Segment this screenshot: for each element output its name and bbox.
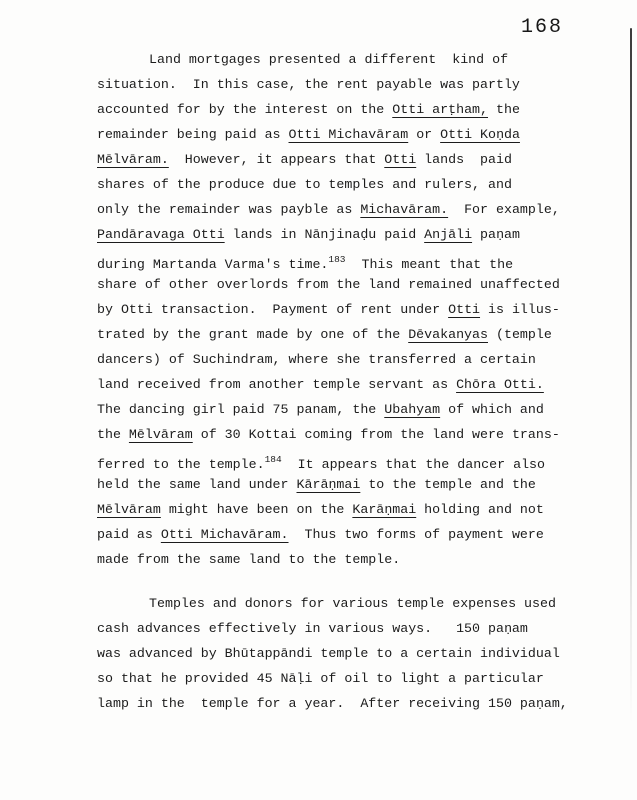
underlined-term: Mēlvāram. — [97, 152, 169, 167]
text-line: Land mortgages presented a different kin… — [97, 47, 577, 72]
text-segment: remainder being paid as — [97, 127, 289, 142]
text-segment: by Otti transaction. Payment of rent und… — [97, 302, 448, 317]
text-segment: the — [97, 427, 129, 442]
underlined-term: Mēlvāram — [129, 427, 193, 442]
text-segment: holding and not — [416, 502, 544, 517]
text-line: Pandāravaga Otti lands in Nānjinaḍu paid… — [97, 222, 577, 247]
text-line: so that he provided 45 Nāḷi of oil to li… — [97, 666, 577, 691]
text-line: held the same land under Kārāṇmai to the… — [97, 472, 577, 497]
text-segment: might have been on the — [161, 502, 353, 517]
underlined-term: Otti arṭham, — [392, 102, 488, 117]
text-segment: during Martanda Varma's time. — [97, 257, 328, 272]
text-line: situation. In this case, the rent payabl… — [97, 72, 577, 97]
text-segment: Temples and donors for various temple ex… — [149, 596, 556, 611]
text-segment: share of other overlords from the land r… — [97, 277, 560, 292]
text-segment: was advanced by Bhūtappāndi temple to a … — [97, 646, 560, 661]
text-line: Mēlvāram. However, it appears that Otti … — [97, 147, 577, 172]
text-segment: accounted for by the interest on the — [97, 102, 392, 117]
text-line: shares of the produce due to temples and… — [97, 172, 577, 197]
underlined-term: Otti Michavāram. — [161, 527, 289, 542]
text-segment: Land mortgages presented a different kin… — [149, 52, 508, 67]
underlined-term: Mēlvāram — [97, 502, 161, 517]
underlined-term: Ubahyam — [384, 402, 440, 417]
text-segment: to the temple and the — [360, 477, 536, 492]
underlined-term: Pandāravaga Otti — [97, 227, 225, 242]
text-segment: This meant that the — [346, 257, 514, 272]
text-line: lamp in the temple for a year. After rec… — [97, 691, 577, 716]
text-segment: so that he provided 45 Nāḷi of oil to li… — [97, 671, 544, 686]
scan-edge-artifact — [630, 28, 632, 723]
text-segment: The dancing girl paid 75 panam, the — [97, 402, 384, 417]
underlined-term: Michavāram. — [360, 202, 448, 217]
underlined-term: Chōra Otti. — [456, 377, 544, 392]
underlined-term: Otti — [384, 152, 416, 167]
text-segment: trated by the grant made by one of the — [97, 327, 408, 342]
text-segment: held the same land under — [97, 477, 297, 492]
text-segment: of which and — [440, 402, 544, 417]
text-segment: For example, — [448, 202, 560, 217]
underlined-term: Karāṇmai — [352, 502, 416, 517]
scanned-document-page: 168 Land mortgages presented a different… — [0, 0, 637, 800]
underlined-term: Otti — [448, 302, 480, 317]
text-line: by Otti transaction. Payment of rent und… — [97, 297, 577, 322]
text-segment: the — [488, 102, 520, 117]
footnote-reference: 184 — [265, 454, 282, 465]
text-segment: It appears that the dancer also — [282, 457, 545, 472]
text-segment: situation. In this case, the rent payabl… — [97, 77, 520, 92]
underlined-term: Anjāli — [424, 227, 472, 242]
text-line: ferred to the temple.184 It appears that… — [97, 447, 577, 472]
text-line: dancers) of Suchindram, where she transf… — [97, 347, 577, 372]
text-line: The dancing girl paid 75 panam, the Ubah… — [97, 397, 577, 422]
text-segment: ferred to the temple. — [97, 457, 265, 472]
text-segment: is illus- — [480, 302, 560, 317]
text-segment: paṇam — [472, 227, 520, 242]
underlined-term: Otti Michavāram — [289, 127, 409, 142]
text-segment: dancers) of Suchindram, where she transf… — [97, 352, 536, 367]
text-segment: lands paid — [416, 152, 512, 167]
text-line: accounted for by the interest on the Ott… — [97, 97, 577, 122]
text-segment: paid as — [97, 527, 161, 542]
underlined-term: Dēvakanyas — [408, 327, 488, 342]
underlined-term: Kārāṇmai — [297, 477, 361, 492]
text-segment: lands in Nānjinaḍu paid — [225, 227, 425, 242]
text-line: Mēlvāram might have been on the Karāṇmai… — [97, 497, 577, 522]
underlined-term: Otti Koṇda — [440, 127, 520, 142]
text-segment: lamp in the temple for a year. After rec… — [97, 696, 568, 711]
text-segment: of 30 Kottai coming from the land were t… — [193, 427, 560, 442]
text-line: during Martanda Varma's time.183 This me… — [97, 247, 577, 272]
text-line: Temples and donors for various temple ex… — [97, 591, 577, 616]
text-line: made from the same land to the temple. — [97, 547, 577, 572]
text-segment: (temple — [488, 327, 552, 342]
text-line: land received from another temple servan… — [97, 372, 577, 397]
text-segment: land received from another temple servan… — [97, 377, 456, 392]
text-line: remainder being paid as Otti Michavāram … — [97, 122, 577, 147]
text-segment: Thus two forms of payment were — [289, 527, 544, 542]
page-number: 168 — [521, 16, 563, 39]
text-line: was advanced by Bhūtappāndi temple to a … — [97, 641, 577, 666]
text-line: cash advances effectively in various way… — [97, 616, 577, 641]
text-line: trated by the grant made by one of the D… — [97, 322, 577, 347]
text-segment: only the remainder was payble as — [97, 202, 360, 217]
text-segment: shares of the produce due to temples and… — [97, 177, 512, 192]
text-segment: However, it appears that — [169, 152, 384, 167]
text-segment: or — [408, 127, 440, 142]
text-line: the Mēlvāram of 30 Kottai coming from th… — [97, 422, 577, 447]
text-line: only the remainder was payble as Michavā… — [97, 197, 577, 222]
footnote-reference: 183 — [328, 254, 345, 265]
text-body: Land mortgages presented a different kin… — [97, 47, 577, 716]
text-segment: made from the same land to the temple. — [97, 552, 400, 567]
text-line: paid as Otti Michavāram. Thus two forms … — [97, 522, 577, 547]
text-segment: cash advances effectively in various way… — [97, 621, 528, 636]
text-line: share of other overlords from the land r… — [97, 272, 577, 297]
